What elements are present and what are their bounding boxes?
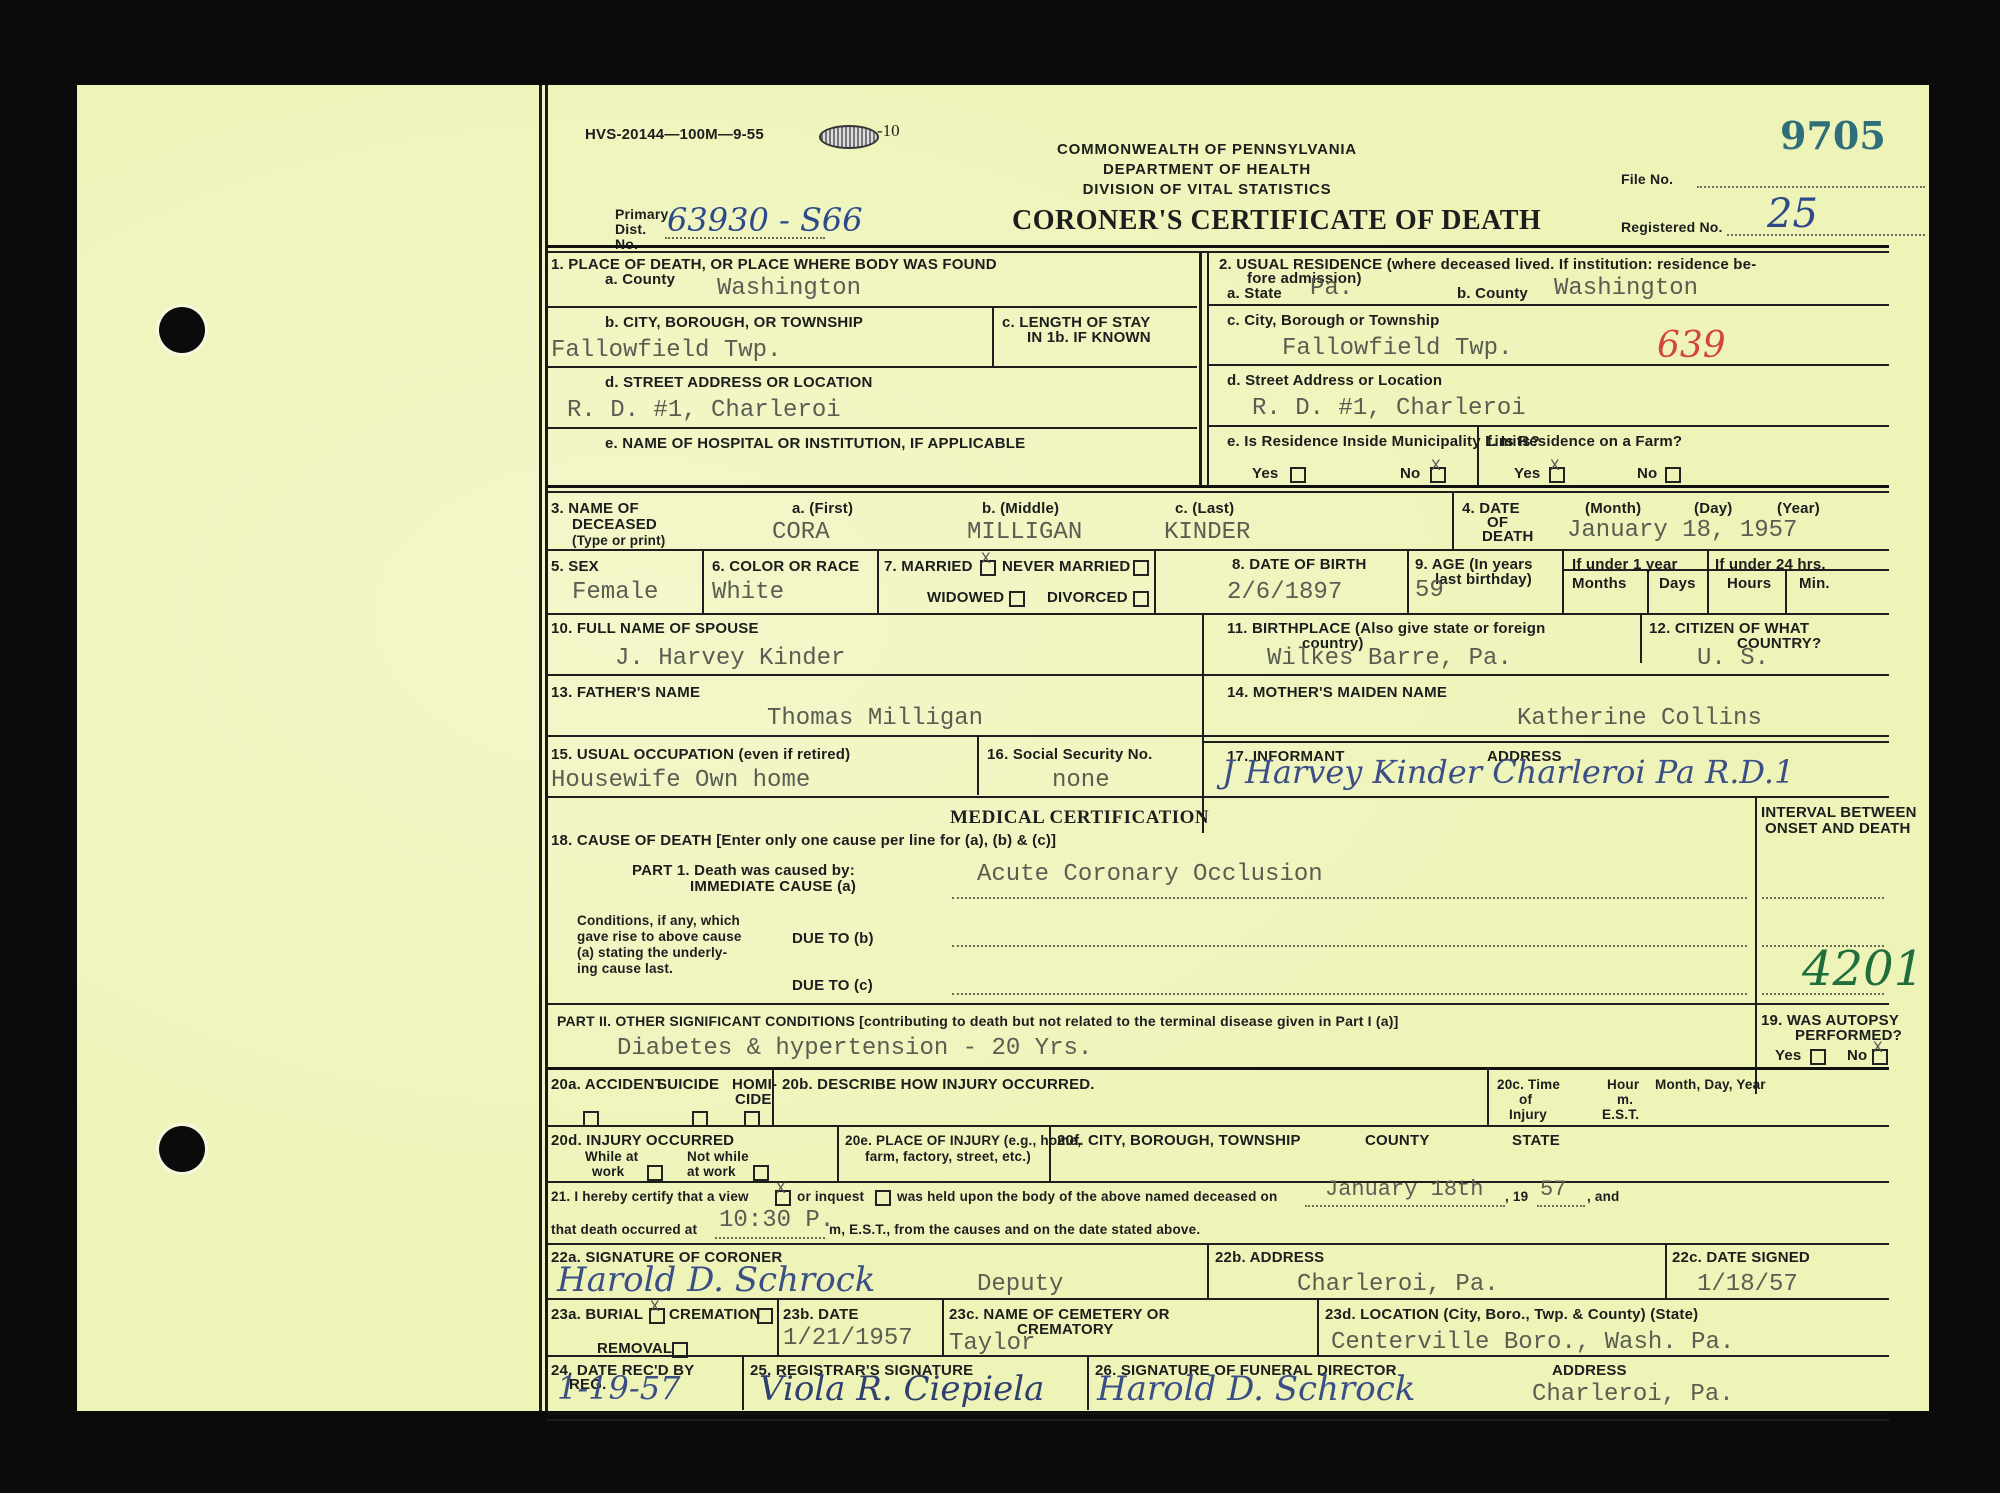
registrar-signature[interactable]: Viola R. Ciepiela <box>759 1369 1044 1409</box>
autopsy-yes-checkbox[interactable] <box>1810 1049 1826 1065</box>
medical-heading: MEDICAL CERTIFICATION <box>950 807 1209 829</box>
injury-occurred-label: 20d. INJURY OCCURRED <box>551 1133 734 1149</box>
pod-county-value[interactable]: Washington <box>717 275 861 302</box>
mdy-label: Month, Day, Year <box>1655 1077 1766 1092</box>
pod-street-value[interactable]: R. D. #1, Charleroi <box>567 397 841 424</box>
place-injury-label-1: 20e. PLACE OF INJURY (e.g., home, <box>845 1133 1081 1148</box>
res-street-label: d. Street Address or Location <box>1227 373 1442 389</box>
rule <box>547 1355 1889 1357</box>
under-24h-label: If under 24 hrs. <box>1715 557 1826 573</box>
rule <box>547 674 1889 676</box>
rule <box>1640 613 1642 663</box>
name-label-1: 3. NAME OF <box>551 501 639 517</box>
married-label: 7. MARRIED <box>884 559 973 575</box>
divorced-label: DIVORCED <box>1047 590 1128 606</box>
rule <box>742 1355 744 1410</box>
rule <box>547 549 1889 551</box>
last-name-label: c. (Last) <box>1175 501 1234 517</box>
rule <box>1647 569 1649 613</box>
rule <box>877 549 879 613</box>
dod-month-label: (Month) <box>1585 501 1641 517</box>
rule <box>772 1067 774 1125</box>
while-work-label-2: work <box>592 1164 624 1179</box>
never-married-label: NEVER MARRIED <box>1002 559 1130 575</box>
res-county-label: b. County <box>1457 286 1528 302</box>
footer-rule-2 <box>547 1419 1889 1421</box>
name-label-2: DECEASED <box>572 517 657 533</box>
months-label: Months <box>1572 576 1627 592</box>
rule <box>547 1125 1889 1127</box>
res-farm-yes-label: Yes <box>1514 466 1540 482</box>
res-red-code: 639 <box>1657 325 1726 366</box>
header-rule-1 <box>547 245 1889 248</box>
autopsy-yes-label: Yes <box>1775 1048 1801 1064</box>
father-label: 13. FATHER'S NAME <box>551 685 700 701</box>
injury-city-label: 20f. CITY, BOROUGH, TOWNSHIP <box>1057 1133 1301 1149</box>
union-label-icon <box>819 125 879 149</box>
suicide-label: SUICIDE <box>657 1077 719 1093</box>
hour-label-3: E.S.T. <box>1602 1107 1639 1122</box>
agency-line-2: DEPARTMENT OF HEALTH <box>1027 161 1387 178</box>
age-value[interactable]: 59 <box>1415 577 1444 604</box>
punch-hole-top <box>159 307 205 353</box>
rule <box>1707 549 1709 613</box>
accident-label: 20a. ACCIDENT <box>551 1077 664 1093</box>
stamp-number: 9705 <box>1780 113 1886 158</box>
conditions-2: gave rise to above cause <box>577 929 742 944</box>
rule <box>1755 796 1757 1094</box>
cause-b-line <box>952 945 1747 947</box>
part1-label: PART 1. Death was caused by: <box>632 863 855 879</box>
injury-county-label: COUNTY <box>1365 1133 1430 1149</box>
first-name-value[interactable]: CORA <box>772 519 830 546</box>
ssn-value[interactable]: none <box>1052 767 1110 794</box>
spouse-label: 10. FULL NAME OF SPOUSE <box>551 621 759 637</box>
while-work-label-1: While at <box>585 1149 638 1164</box>
coroner-signature[interactable]: Harold D. Schrock <box>557 1260 875 1300</box>
cert-line1-c: was held upon the body of the above name… <box>897 1189 1277 1204</box>
part2-value[interactable]: Diabetes & hypertension - 20 Yrs. <box>617 1035 1092 1062</box>
coroner-title-value[interactable]: Deputy <box>977 1271 1063 1298</box>
cert-line1-e: , and <box>1587 1189 1620 1204</box>
cremation-checkbox[interactable] <box>757 1308 773 1324</box>
time-label-2: of <box>1519 1092 1532 1107</box>
rule <box>977 735 979 795</box>
res-limits-yes-checkbox[interactable] <box>1290 467 1306 483</box>
hours-label: Hours <box>1727 576 1771 592</box>
res-farm-label: f. Is Residence on a Farm? <box>1487 434 1682 450</box>
middle-name-value[interactable]: MILLIGAN <box>967 519 1082 546</box>
rule <box>1209 304 1889 306</box>
married-checkbox[interactable] <box>980 560 996 576</box>
cert-line2-b: m, E.S.T., from the causes and on the da… <box>829 1222 1200 1237</box>
funeral-director-signature[interactable]: Harold D. Schrock <box>1097 1369 1415 1409</box>
funeral-address-value[interactable]: Charleroi, Pa. <box>1532 1381 1734 1408</box>
binding-rule-outer <box>539 85 542 1411</box>
informant-value[interactable]: J Harvey Kinder Charleroi Pa R.D.1 <box>1222 753 1794 791</box>
father-value[interactable]: Thomas Milligan <box>767 705 983 732</box>
not-work-label-2: at work <box>687 1164 736 1179</box>
rule <box>1049 1125 1051 1181</box>
time-label-3: Injury <box>1509 1107 1547 1122</box>
pod-street-label: d. STREET ADDRESS OR LOCATION <box>605 375 872 391</box>
burial-checkbox[interactable] <box>649 1308 665 1324</box>
registered-no-value[interactable]: 25 <box>1767 191 1818 237</box>
divorced-checkbox[interactable] <box>1133 591 1149 607</box>
rule <box>1477 425 1479 485</box>
agency-line-1: COMMONWEALTH OF PENNSYLVANIA <box>1027 141 1387 158</box>
rule <box>992 306 994 366</box>
view-date-line <box>1305 1205 1505 1207</box>
rule <box>547 1067 1889 1070</box>
cert-line1-a: 21. I hereby certify that a view <box>551 1189 749 1204</box>
rule <box>547 1181 1889 1183</box>
citizen-value[interactable]: U. S. <box>1697 645 1769 672</box>
dod-year-label: (Year) <box>1777 501 1820 517</box>
cause-label: 18. CAUSE OF DEATH [Enter only one cause… <box>551 833 1056 849</box>
rule <box>1204 741 1889 743</box>
due-b-label: DUE TO (b) <box>792 931 874 947</box>
rule <box>547 613 1889 615</box>
dod-day-label: (Day) <box>1694 501 1733 517</box>
location-label: 23d. LOCATION (City, Boro., Twp. & Count… <box>1325 1307 1698 1323</box>
section-rule <box>547 485 1889 488</box>
agency-line-3: DIVISION OF VITAL STATISTICS <box>1027 181 1387 198</box>
coroner-address-value[interactable]: Charleroi, Pa. <box>1297 1271 1499 1298</box>
certificate-form: HVS-20144—100M—9-55 -10 COMMONWEALTH OF … <box>547 85 1889 1411</box>
homicide-label-2: CIDE <box>735 1092 772 1108</box>
res-state-value[interactable]: Pa. <box>1310 275 1353 302</box>
cert-line2-a: that death occurred at <box>551 1222 697 1237</box>
registered-no-underline <box>1727 234 1925 236</box>
cert-line1-d: , 19 <box>1505 1189 1528 1204</box>
part2-label: PART II. OTHER SIGNIFICANT CONDITIONS [c… <box>557 1013 1398 1029</box>
mother-value[interactable]: Katherine Collins <box>1517 705 1762 732</box>
middle-name-label: b. (Middle) <box>982 501 1059 517</box>
res-state-label: a. State <box>1227 286 1282 302</box>
file-no-underline <box>1697 186 1925 188</box>
pod-city-value[interactable]: Fallowfield Twp. <box>551 337 781 364</box>
rule <box>1087 1355 1089 1410</box>
pod-city-label: b. CITY, BOROUGH, OR TOWNSHIP <box>605 315 863 331</box>
rule <box>1202 613 1204 833</box>
cemetery-value[interactable]: Taylor <box>949 1330 1035 1357</box>
funeral-address-label: ADDRESS <box>1552 1363 1627 1379</box>
rule <box>547 306 1197 308</box>
dob-label: 8. DATE OF BIRTH <box>1232 557 1367 573</box>
res-city-value[interactable]: Fallowfield Twp. <box>1282 335 1512 362</box>
ssn-label: 16. Social Security No. <box>987 747 1153 763</box>
birthplace-label-1: 11. BIRTHPLACE (Also give state or forei… <box>1227 621 1545 637</box>
rule <box>1207 1243 1209 1298</box>
death-time-value[interactable]: 10:30 P. <box>719 1207 834 1234</box>
rule <box>1562 549 1564 613</box>
describe-injury-label: 20b. DESCRIBE HOW INJURY OCCURRED. <box>782 1077 1095 1093</box>
res-farm-no-label: No <box>1637 466 1657 482</box>
disposition-date-label: 23b. DATE <box>783 1307 859 1323</box>
view-year-value[interactable]: 57 <box>1540 1177 1566 1202</box>
header-rule-2 <box>547 251 1889 253</box>
sex-value[interactable]: Female <box>572 579 658 606</box>
primary-dist-value[interactable]: 63930 - S66 <box>667 201 863 239</box>
res-limits-yes-label: Yes <box>1252 466 1278 482</box>
res-limits-no-label: No <box>1400 466 1420 482</box>
date-signed-label: 22c. DATE SIGNED <box>1672 1250 1810 1266</box>
place-injury-label-2: farm, factory, street, etc.) <box>865 1149 1031 1164</box>
not-work-label-1: Not while <box>687 1149 749 1164</box>
view-date-value[interactable]: January 18th <box>1325 1177 1483 1202</box>
cause-a-line <box>952 897 1747 899</box>
dob-value[interactable]: 2/6/1897 <box>1227 579 1342 606</box>
rule <box>547 1003 1889 1005</box>
date-of-death-value[interactable]: January 18, 1957 <box>1567 517 1797 544</box>
immediate-cause-value[interactable]: Acute Coronary Occlusion <box>977 861 1323 888</box>
form-code: HVS-20144—100M—9-55 <box>585 127 764 143</box>
race-value[interactable]: White <box>712 579 784 606</box>
view-year-line <box>1537 1205 1585 1207</box>
rule <box>1154 549 1156 613</box>
interval-a-line <box>1762 897 1884 899</box>
certificate-paper: HVS-20144—100M—9-55 -10 COMMONWEALTH OF … <box>77 85 1929 1411</box>
cert-line1-b: or inquest <box>797 1189 864 1204</box>
section-divider-12a <box>1199 253 1202 485</box>
file-no-label: File No. <box>1621 171 1673 187</box>
days-label: Days <box>1659 576 1696 592</box>
inquest-checkbox[interactable] <box>875 1190 891 1206</box>
never-married-checkbox[interactable] <box>1133 560 1149 576</box>
section-divider-12b <box>1207 253 1209 485</box>
due-c-label: DUE TO (c) <box>792 978 873 994</box>
res-street-value[interactable]: R. D. #1, Charleroi <box>1252 395 1526 422</box>
cause-c-line <box>952 993 1747 995</box>
coroner-address-label: 22b. ADDRESS <box>1215 1250 1324 1266</box>
occupation-label: 15. USUAL OCCUPATION (even if retired) <box>551 747 850 763</box>
birthplace-value[interactable]: Wilkes Barre, Pa. <box>1267 645 1512 672</box>
rule <box>1317 1298 1319 1355</box>
res-farm-no-checkbox[interactable] <box>1665 467 1681 483</box>
rule <box>1452 491 1454 549</box>
disposition-date-value[interactable]: 1/21/1957 <box>783 1325 913 1352</box>
green-code: 4201 <box>1802 941 1924 997</box>
pod-hospital-label: e. NAME OF HOSPITAL OR INSTITUTION, IF A… <box>605 436 1025 452</box>
rule <box>1665 1243 1667 1298</box>
certificate-title: CORONER'S CERTIFICATE OF DEATH <box>1012 205 1541 237</box>
rule <box>1487 1067 1489 1125</box>
res-limits-no-checkbox[interactable] <box>1430 467 1446 483</box>
rule <box>547 735 1889 737</box>
injury-state-label: STATE <box>1512 1133 1560 1149</box>
punch-hole-bottom <box>159 1126 205 1172</box>
widowed-label: WIDOWED <box>927 590 1004 606</box>
while-work-checbox[interactable] <box>647 1165 663 1181</box>
rule <box>547 1298 1889 1300</box>
rule <box>547 796 1889 798</box>
rule <box>837 1125 839 1181</box>
time-label-1: 20c. Time <box>1497 1077 1560 1092</box>
rule <box>702 549 704 613</box>
conditions-3: (a) stating the underly- <box>577 945 727 960</box>
dod-label-3: DEATH <box>1482 529 1534 545</box>
widowed-checkbox[interactable] <box>1009 591 1025 607</box>
rule <box>1407 549 1409 613</box>
registered-no-label: Registered No. <box>1621 219 1723 235</box>
rule <box>547 427 1197 429</box>
rule <box>1209 425 1889 427</box>
name-label-3: (Type or print) <box>572 533 666 548</box>
conditions-4: ing cause last. <box>577 961 673 976</box>
autopsy-no-label: No <box>1847 1048 1867 1064</box>
received-date[interactable]: 1-19-57 <box>557 1369 680 1407</box>
rule <box>777 1298 779 1355</box>
view-checkbox[interactable] <box>775 1190 791 1206</box>
mother-label: 14. MOTHER'S MAIDEN NAME <box>1227 685 1447 701</box>
autopsy-no-checkbox[interactable] <box>1872 1049 1888 1065</box>
cremation-label: CREMATION <box>669 1307 761 1323</box>
hour-label-1: Hour <box>1607 1077 1639 1092</box>
age-label-2: last birthday) <box>1435 572 1532 588</box>
pod-county-label: a. County <box>605 272 675 288</box>
sex-label: 5. SEX <box>551 559 599 575</box>
section-rule <box>547 491 1889 493</box>
interval-label-1: INTERVAL BETWEEN <box>1761 805 1917 821</box>
spouse-value[interactable]: J. Harvey Kinder <box>615 645 845 672</box>
date-signed-value[interactable]: 1/18/57 <box>1697 1271 1798 1298</box>
rule <box>547 366 1197 368</box>
autopsy-label-2: PERFORMED? <box>1795 1028 1902 1044</box>
rule <box>547 1243 1889 1245</box>
immediate-cause-label: IMMEDIATE CAUSE (a) <box>690 879 856 895</box>
rule <box>1785 569 1787 613</box>
union-label-suffix: -10 <box>877 121 900 141</box>
hour-label-2: m. <box>1617 1092 1633 1107</box>
last-name-value[interactable]: KINDER <box>1164 519 1250 546</box>
res-farm-yes-checkbox[interactable] <box>1549 467 1565 483</box>
interval-label-2: ONSET AND DEATH <box>1765 821 1911 837</box>
rule <box>942 1298 944 1355</box>
footer-rule-1 <box>547 1412 1889 1415</box>
res-county-value[interactable]: Washington <box>1554 275 1698 302</box>
min-label: Min. <box>1799 576 1830 592</box>
death-time-line <box>715 1237 825 1239</box>
location-value[interactable]: Centerville Boro., Wash. Pa. <box>1331 1329 1734 1356</box>
conditions-1: Conditions, if any, which <box>577 913 740 928</box>
rule <box>1209 364 1889 366</box>
not-work-checkbox[interactable] <box>753 1165 769 1181</box>
first-name-label: a. (First) <box>792 501 853 517</box>
pod-stay-label-2: IN 1b. IF KNOWN <box>1027 330 1151 346</box>
burial-label: 23a. BURIAL <box>551 1307 643 1323</box>
res-city-label: c. City, Borough or Township <box>1227 313 1440 329</box>
occupation-value[interactable]: Housewife Own home <box>551 767 810 794</box>
race-label: 6. COLOR OR RACE <box>712 559 859 575</box>
